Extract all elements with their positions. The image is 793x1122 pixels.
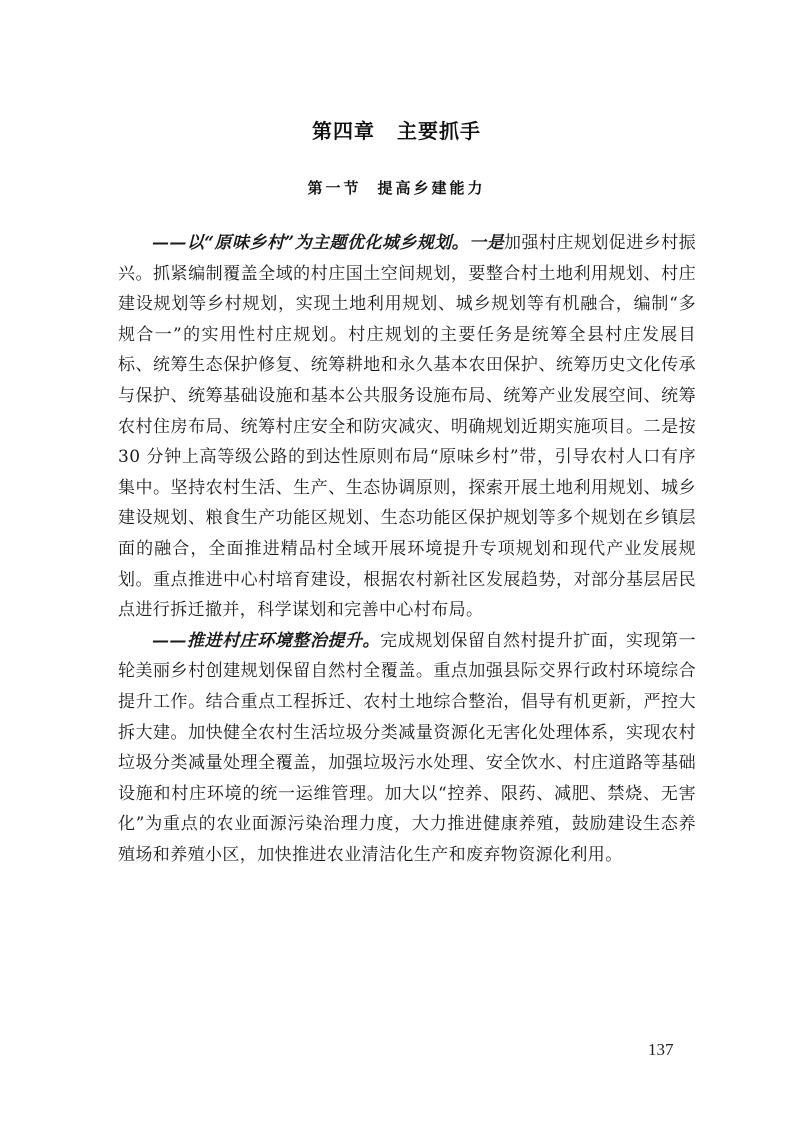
chapter-title: 第四章主要抓手 [0,115,793,144]
paragraph-village-environment: ——推进村庄环境整治提升。完成规划保留自然村提升扩面，实现第一轮美丽乡村创建规划… [118,626,696,871]
section-number: 第一节 [307,179,361,197]
chapter-number: 第四章 [312,119,375,143]
page-number: 137 [648,1040,674,1060]
paragraph-body: 加强村庄规划促进乡村振兴。抓紧编制覆盖全域的村庄国土空间规划，要整合村土地利用规… [118,233,696,620]
paragraph-rural-planning: ——以“原味乡村”为主题优化城乡规划。一是加强村庄规划促进乡村振兴。抓紧编制覆盖… [118,228,696,626]
paragraph-lead: ——推进村庄环境整治提升。 [152,631,380,651]
paragraph-body: 完成规划保留自然村提升扩面，实现第一轮美丽乡村创建规划保留自然村全覆盖。重点加强… [118,631,696,865]
section-name: 提高乡建能力 [378,179,486,197]
paragraph-lead: ——以“原味乡村”为主题优化城乡规划。一是 [152,233,504,253]
section-title: 第一节提高乡建能力 [0,177,793,198]
document-page: 第四章主要抓手 第一节提高乡建能力 ——以“原味乡村”为主题优化城乡规划。一是加… [0,0,793,1122]
body-text: ——以“原味乡村”为主题优化城乡规划。一是加强村庄规划促进乡村振兴。抓紧编制覆盖… [118,228,696,870]
chapter-name: 主要抓手 [397,119,481,143]
